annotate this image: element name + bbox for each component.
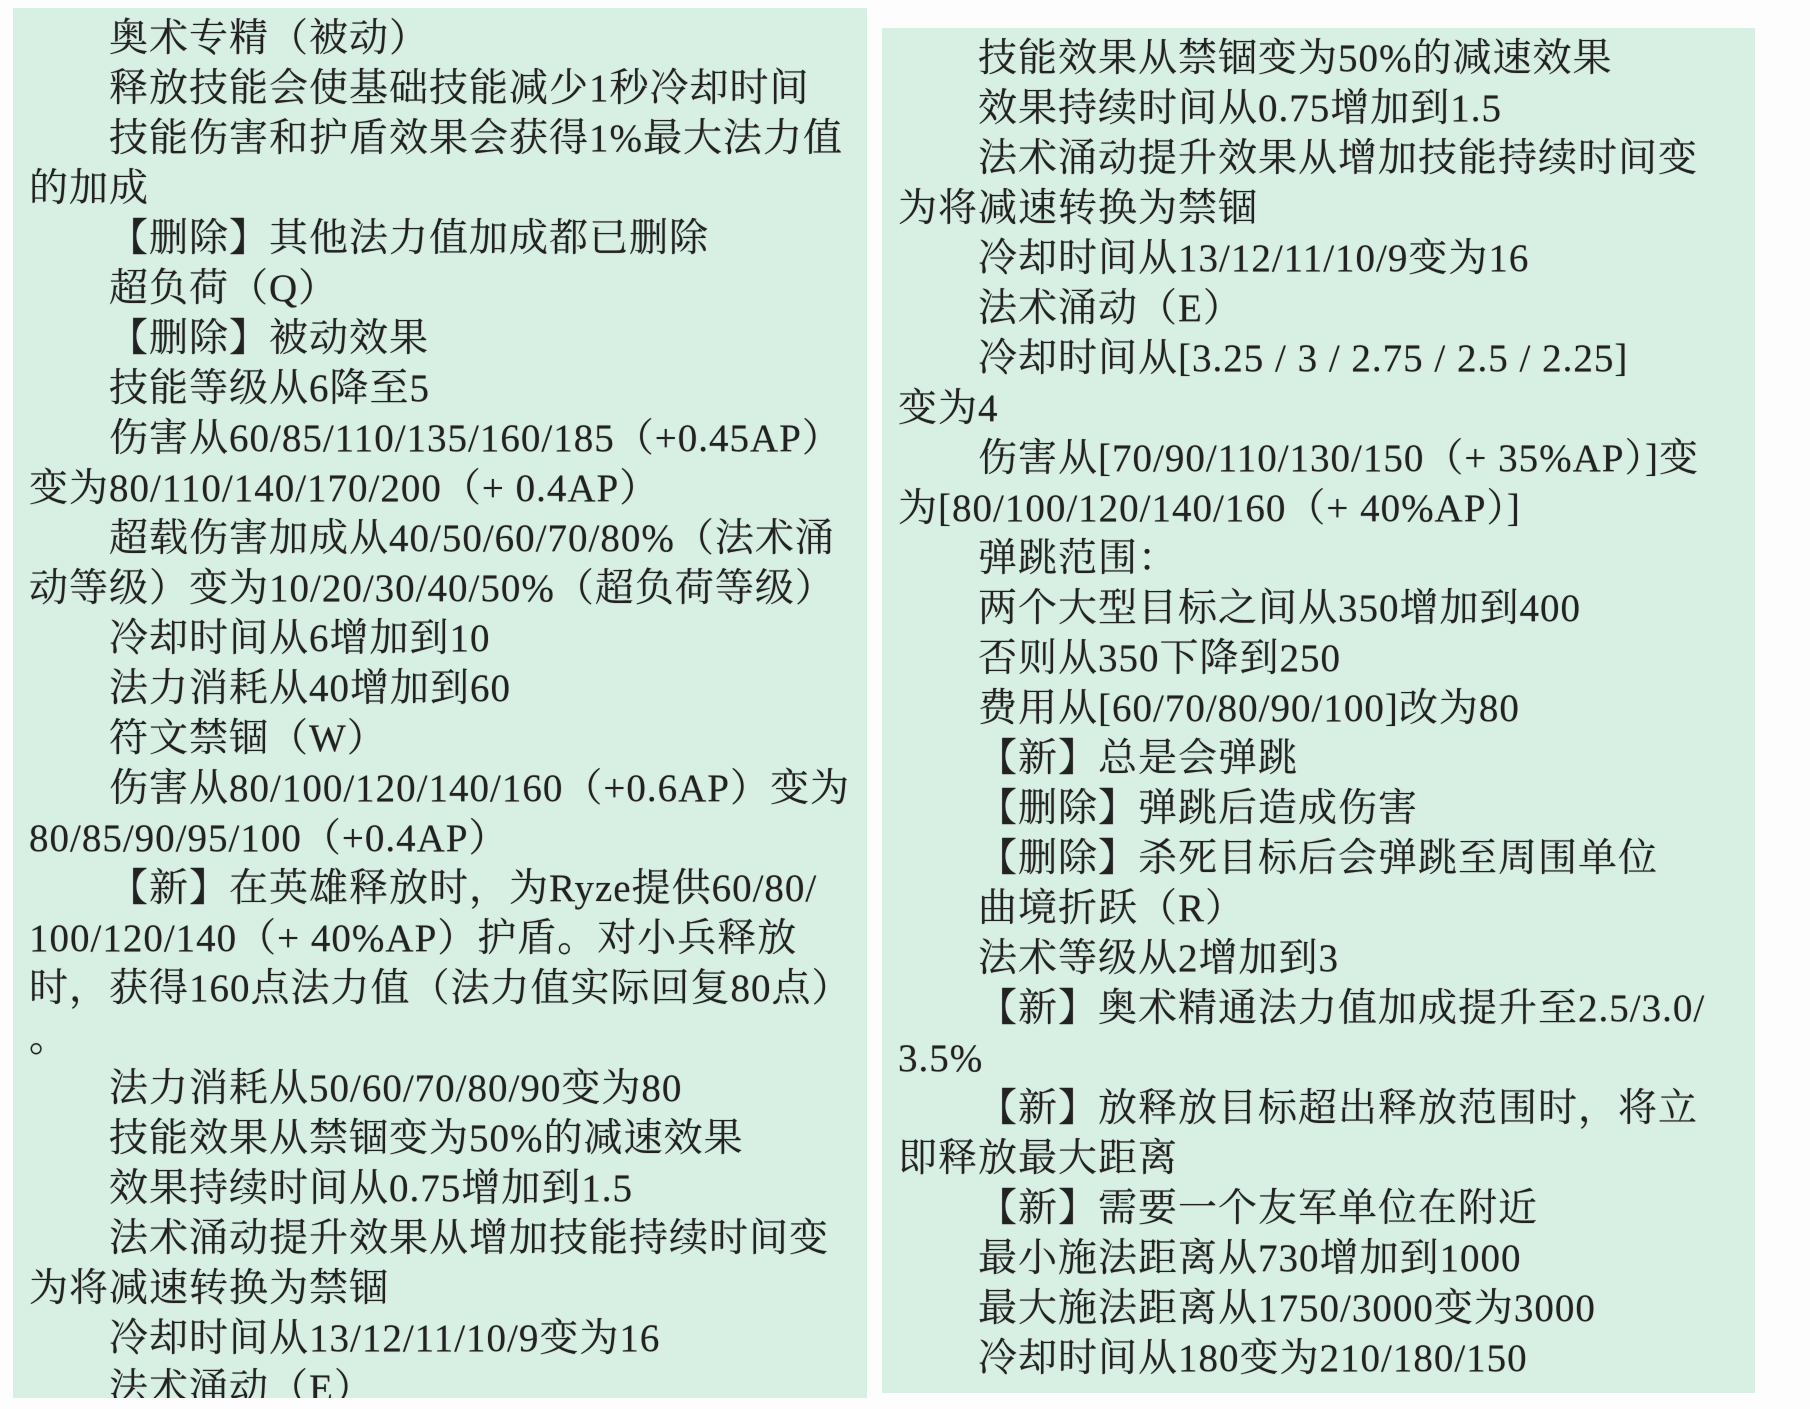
- text-line: 3.5%: [898, 1034, 1739, 1084]
- right-column-panel: 技能效果从禁锢变为50%的减速效果效果持续时间从0.75增加到1.5法术涌动提升…: [882, 28, 1755, 1393]
- text-line: 【新】放释放目标超出释放范围时，将立: [898, 1084, 1739, 1134]
- text-line: 为将减速转换为禁锢: [29, 1264, 851, 1314]
- text-line: 【删除】弹跳后造成伤害: [898, 784, 1739, 834]
- text-line: 【删除】杀死目标后会弹跳至周围单位: [898, 834, 1739, 884]
- text-line: 【新】总是会弹跳: [898, 734, 1739, 784]
- patch-notes-page: 奥术专精（被动）释放技能会使基础技能减少1秒冷却时间技能伤害和护盾效果会获得1%…: [0, 0, 1810, 1409]
- text-line: 变为80/110/140/170/200（+ 0.4AP）: [29, 464, 851, 514]
- text-line: 否则从350下降到250: [898, 634, 1739, 684]
- text-line: 奥术专精（被动）: [29, 14, 851, 64]
- text-line: 冷却时间从13/12/11/10/9变为16: [898, 234, 1739, 284]
- text-line: 弹跳范围：: [898, 534, 1739, 584]
- text-line: 100/120/140（+ 40%AP）护盾。对小兵释放: [29, 914, 851, 964]
- text-line: 法力消耗从50/60/70/80/90变为80: [29, 1064, 851, 1114]
- text-line: 法力消耗从40增加到60: [29, 664, 851, 714]
- text-line: 伤害从80/100/120/140/160（+0.6AP）变为: [29, 764, 851, 814]
- text-line: 符文禁锢（W）: [29, 714, 851, 764]
- text-line: 为[80/100/120/140/160（+ 40%AP）]: [898, 484, 1739, 534]
- text-line: 法术涌动（E）: [898, 284, 1739, 334]
- text-line: 【删除】其他法力值加成都已删除: [29, 214, 851, 264]
- text-line: 伤害从[70/90/110/130/150（+ 35%AP）]变: [898, 434, 1739, 484]
- text-line: 【删除】被动效果: [29, 314, 851, 364]
- text-line: 技能效果从禁锢变为50%的减速效果: [898, 34, 1739, 84]
- text-line: 冷却时间从6增加到10: [29, 614, 851, 664]
- text-line: 【新】在英雄释放时，为Ryze提供60/80/: [29, 864, 851, 914]
- text-line: 。: [29, 1014, 851, 1064]
- text-line: 为将减速转换为禁锢: [898, 184, 1739, 234]
- text-line: 冷却时间从180变为210/180/150: [898, 1334, 1739, 1384]
- text-line: 超负荷（Q）: [29, 264, 851, 314]
- text-line: 效果持续时间从0.75增加到1.5: [898, 84, 1739, 134]
- text-line: 80/85/90/95/100（+0.4AP）: [29, 814, 851, 864]
- text-line: 释放技能会使基础技能减少1秒冷却时间: [29, 64, 851, 114]
- text-line: 时，获得160点法力值（法力值实际回复80点）: [29, 964, 851, 1014]
- text-line: 动等级）变为10/20/30/40/50%（超负荷等级）: [29, 564, 851, 614]
- text-line: 两个大型目标之间从350增加到400: [898, 584, 1739, 634]
- left-column-panel: 奥术专精（被动）释放技能会使基础技能减少1秒冷却时间技能伤害和护盾效果会获得1%…: [13, 8, 867, 1398]
- text-line: 超载伤害加成从40/50/60/70/80%（法术涌: [29, 514, 851, 564]
- text-line: 效果持续时间从0.75增加到1.5: [29, 1164, 851, 1214]
- text-line: 最大施法距离从1750/3000变为3000: [898, 1284, 1739, 1334]
- text-line: 变为4: [898, 384, 1739, 434]
- text-line: 法术涌动（E）: [29, 1364, 851, 1398]
- text-line: 法术涌动提升效果从增加技能持续时间变: [29, 1214, 851, 1264]
- text-line: 最小施法距离从730增加到1000: [898, 1234, 1739, 1284]
- text-line: 【新】需要一个友军单位在附近: [898, 1184, 1739, 1234]
- text-line: 技能伤害和护盾效果会获得1%最大法力值: [29, 114, 851, 164]
- text-line: 伤害从60/85/110/135/160/185（+0.45AP）: [29, 414, 851, 464]
- text-line: 技能等级从6降至5: [29, 364, 851, 414]
- text-line: 法术等级从2增加到3: [898, 934, 1739, 984]
- text-line: 费用从[60/70/80/90/100]改为80: [898, 684, 1739, 734]
- text-line: 冷却时间从13/12/11/10/9变为16: [29, 1314, 851, 1364]
- text-line: 即释放最大距离: [898, 1134, 1739, 1184]
- text-line: 【新】奥术精通法力值加成提升至2.5/3.0/: [898, 984, 1739, 1034]
- text-line: 技能效果从禁锢变为50%的减速效果: [29, 1114, 851, 1164]
- text-line: 法术涌动提升效果从增加技能持续时间变: [898, 134, 1739, 184]
- text-line: 的加成: [29, 164, 851, 214]
- text-line: 冷却时间从[3.25 / 3 / 2.75 / 2.5 / 2.25]: [898, 334, 1739, 384]
- text-line: 曲境折跃（R）: [898, 884, 1739, 934]
